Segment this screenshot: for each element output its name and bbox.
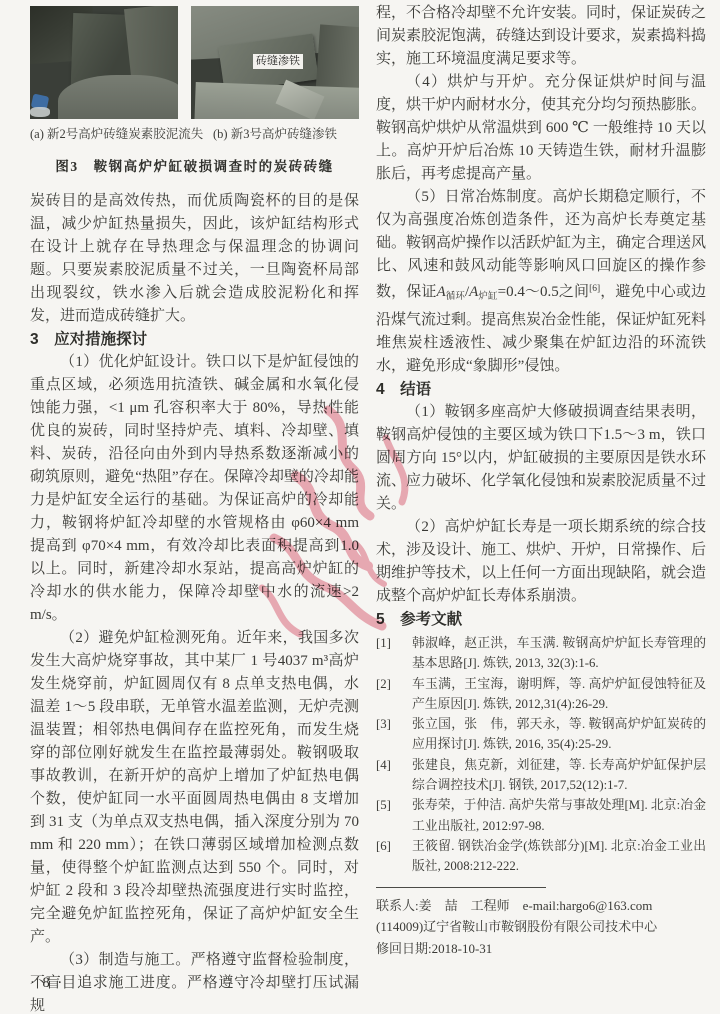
formula-variable: A: [436, 284, 445, 300]
right-column: 程，不合格冷却壁不允许安装。同时，保证炭砖之间炭素胶泥饱满，砖缝达到设计要求，炭…: [376, 2, 706, 959]
reference-number: [3]: [376, 714, 412, 755]
journal-page: 砖缝渗铁 (a) 新2号高炉砖缝炭素胶泥流失 (b) 新3号高炉砖缝渗铁 图3 …: [0, 0, 720, 1014]
paragraph-continuation: 炭砖目的是高效传热，而优质陶瓷杯的目的是保温，减少炉缸热量损失，因此，该炉缸结构…: [30, 190, 359, 328]
reference-item: [6] 王筱留. 钢铁冶金学(炼铁部分)[M]. 北京:冶金工业出版社, 200…: [376, 836, 706, 877]
reference-item: [2] 车玉满，王宝海，谢明辉，等. 高炉炉缸侵蚀特征及产生原因[J]. 炼铁,…: [376, 674, 706, 715]
paragraph-conclusion-1: （1）鞍钢多座高炉大修破损调查结果表明，鞍钢高炉侵蚀的主要区域为铁口下1.5～3…: [376, 401, 706, 516]
section-heading-conclusion: 4 结语: [376, 378, 706, 401]
left-column: 砖缝渗铁 (a) 新2号高炉砖缝炭素胶泥流失 (b) 新3号高炉砖缝渗铁 图3 …: [30, 6, 359, 1014]
reference-item: [3] 张立国，张 伟，郭天永，等. 鞍钢高炉炉缸炭砖的应用探讨[J]. 炼铁,…: [376, 714, 706, 755]
reference-number: [2]: [376, 674, 412, 715]
reference-text: 王筱留. 钢铁冶金学(炼铁部分)[M]. 北京:冶金工业出版社, 2008:21…: [412, 836, 706, 877]
paragraph-drying-blowin: （4）烘炉与开炉。充分保证烘炉时间与温度，烘干炉内耐材水分，使其充分均匀预热膨胀…: [376, 71, 706, 186]
reference-text: 张立国，张 伟，郭天永，等. 鞍钢高炉炉缸炭砖的应用探讨[J]. 炼铁, 201…: [412, 714, 706, 755]
photo-annotation-label: 砖缝渗铁: [253, 54, 303, 69]
photo-captions: (a) 新2号高炉砖缝炭素胶泥流失 (b) 新3号高炉砖缝渗铁: [30, 123, 359, 146]
reference-item: [1] 韩淑峰，赵正洪，车玉满. 鞍钢高炉炉缸长寿管理的基本思路[J]. 炼铁,…: [376, 633, 706, 674]
reference-number: [6]: [376, 836, 412, 877]
footnote-revision-date: 修回日期:2018-10-31: [376, 938, 706, 960]
formula-variable: A: [469, 284, 478, 300]
paragraph-hearth-design: （1）优化炉缸设计。铁口以下是炉缸侵蚀的重点区域，必须选用抗渣铁、碱金属和水氧化…: [30, 351, 359, 627]
photo-caption-b: (b) 新3号高炉砖缝渗铁: [191, 123, 359, 146]
reference-text: 张寿荣，于仲洁. 高炉失常与事故处理[M]. 北京:冶金工业出版社, 2012:…: [412, 795, 706, 836]
page-number: · 8 ·: [30, 975, 64, 992]
photo-furnace-brick-joint-a: [30, 6, 178, 119]
footnote-address: (114009)辽宁省鞍山市鞍钢股份有限公司技术中心: [376, 916, 706, 938]
photo-furnace-brick-joint-b: 砖缝渗铁: [191, 6, 359, 119]
photo-caption-a: (a) 新2号高炉砖缝炭素胶泥流失: [30, 123, 178, 146]
reference-number: [1]: [376, 633, 412, 674]
section-heading-measures: 3 应对措施探讨: [30, 328, 359, 351]
formula-subscript: 循环: [446, 292, 465, 302]
reference-list: [1] 韩淑峰，赵正洪，车玉满. 鞍钢高炉炉缸长寿管理的基本思路[J]. 炼铁,…: [376, 633, 706, 877]
formula-subscript: 炉缸: [478, 292, 497, 302]
figure-caption: 图3 鞍钢高炉炉缸破损调查时的炭砖砖缝: [30, 155, 359, 178]
photo-block: [58, 75, 178, 119]
section-heading-references: 5 参考文献: [376, 608, 706, 631]
paragraph-daily-smelting: （5）日常冶炼制度。高炉长期稳定顺行，不仅为高强度冶炼创造条件，还为高炉长寿奠定…: [376, 186, 706, 378]
reference-number: [4]: [376, 755, 412, 796]
formula-value: =0.4～0.5之间: [498, 284, 590, 300]
reference-text: 韩淑峰，赵正洪，车玉满. 鞍钢高炉炉缸长寿管理的基本思路[J]. 炼铁, 201…: [412, 633, 706, 674]
reference-number: [5]: [376, 795, 412, 836]
figure-photos: 砖缝渗铁: [30, 6, 359, 119]
reference-item: [5] 张寿荣，于仲洁. 高炉失常与事故处理[M]. 北京:冶金工业出版社, 2…: [376, 795, 706, 836]
reference-item: [4] 张建良，焦克新，刘征建，等. 长寿高炉炉缸保护层综合调控技术[J]. 钢…: [376, 755, 706, 796]
paragraph-construction-continued: 程，不合格冷却壁不允许安装。同时，保证炭砖之间炭素胶泥饱满，砖缝达到设计要求，炭…: [376, 2, 706, 71]
citation-superscript: [6]: [589, 284, 600, 294]
reference-text: 车玉满，王宝海，谢明辉，等. 高炉炉缸侵蚀特征及产生原因[J]. 炼铁, 201…: [412, 674, 706, 715]
paragraph-detection-blind-spots: （2）避免炉缸检测死角。近年来，我国多次发生大高炉烧穿事故，其中某厂 1 号40…: [30, 627, 359, 949]
footnote-divider: [376, 887, 546, 888]
photo-block: [30, 107, 50, 117]
figure-3: 砖缝渗铁 (a) 新2号高炉砖缝炭素胶泥流失 (b) 新3号高炉砖缝渗铁 图3 …: [30, 6, 359, 178]
paragraph-manufacture-construction: （3）制造与施工。严格遵守监督检验制度，不盲目追求施工进度。严格遵守冷却壁打压试…: [30, 949, 359, 1014]
reference-text: 张建良，焦克新，刘征建，等. 长寿高炉炉缸保护层综合调控技术[J]. 钢铁, 2…: [412, 755, 706, 796]
paragraph-conclusion-2: （2）高炉炉缸长寿是一项长期系统的综合技术，涉及设计、施工、烘炉、开炉，日常操作…: [376, 516, 706, 608]
footnote-contact: 联系人:姜 喆 工程师 e-mail:hargo6@163.com: [376, 895, 706, 917]
footnote-block: 联系人:姜 喆 工程师 e-mail:hargo6@163.com (11400…: [376, 887, 706, 960]
